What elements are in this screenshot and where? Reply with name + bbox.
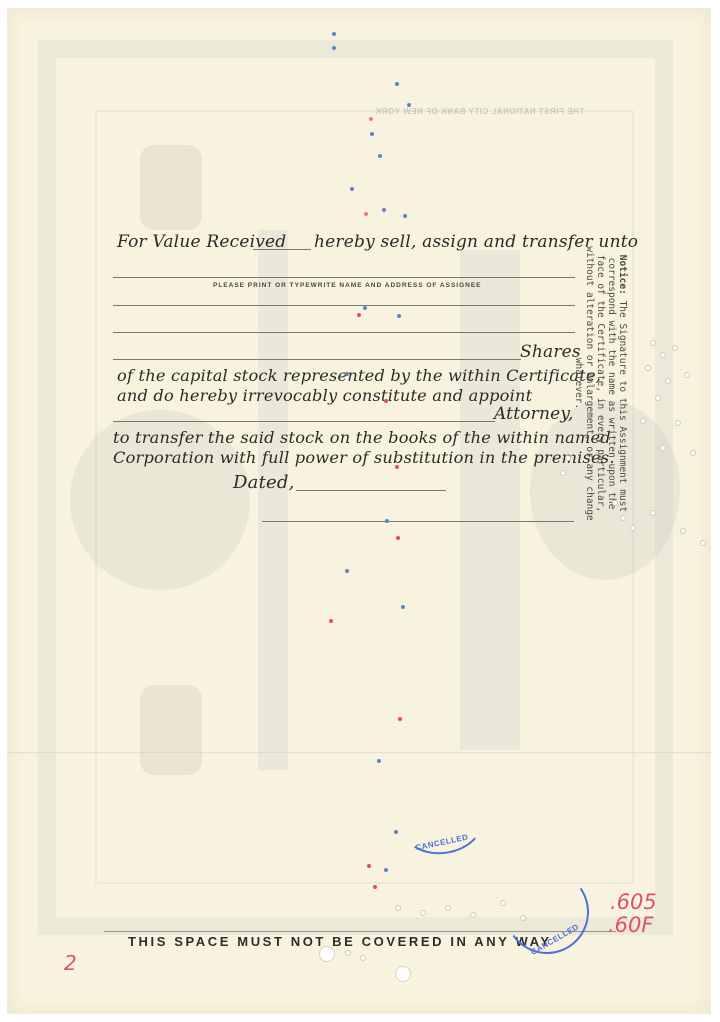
fiber-dot (345, 569, 349, 573)
perforation (640, 418, 646, 424)
punch-hole-1 (319, 946, 335, 962)
capital-stock-text: of the capital stock represented by the … (117, 366, 601, 385)
fiber-dot (364, 212, 368, 216)
assignee-caption: PLEASE PRINT OR TYPEWRITE NAME AND ADDRE… (213, 282, 482, 289)
perforation (684, 372, 690, 378)
fiber-dot (403, 214, 407, 218)
fiber-dot (396, 536, 400, 540)
paper-fold-crease (7, 752, 711, 754)
perforation (650, 510, 656, 516)
perforation (655, 395, 661, 401)
pencil-note-line-2: .60F (608, 914, 653, 936)
attorney-label: Attorney, (494, 404, 574, 424)
perforation (700, 540, 706, 546)
perforation (672, 345, 678, 351)
fiber-dot (398, 717, 402, 721)
perforation (650, 340, 656, 346)
perforation (560, 470, 566, 476)
pencil-note-line-1: .605 (610, 891, 657, 913)
fiber-dot (377, 759, 381, 763)
transfer-text: to transfer the said stock on the books … (113, 428, 611, 447)
fiber-dot (385, 519, 389, 523)
bleed-through-title-band (258, 230, 288, 770)
substitution-text: Corporation with full power of substitut… (113, 448, 615, 467)
fiber-dot (395, 465, 399, 469)
fiber-dot (384, 399, 388, 403)
fiber-dot (369, 117, 373, 121)
perforation (445, 905, 451, 911)
bleed-through-bank-name: THE FIRST NATIONAL CITY BANK OF NEW YORK (375, 107, 584, 116)
fiber-dot (378, 154, 382, 158)
fiber-dot (370, 132, 374, 136)
fiber-dot (329, 619, 333, 623)
pencil-left-mark: 2 (64, 952, 77, 974)
value-blank-line[interactable] (253, 249, 311, 250)
perforation (565, 455, 571, 461)
signature-notice: Notice: The Signature to this Assignment… (573, 246, 628, 521)
perforation (645, 365, 651, 371)
do-not-cover-warning: THIS SPACE MUST NOT BE COVERED IN ANY WA… (128, 934, 552, 949)
fiber-dot (332, 32, 336, 36)
perforation (470, 912, 476, 918)
assignee-line-2[interactable] (113, 305, 575, 306)
fiber-dot (373, 885, 377, 889)
perforation (675, 420, 681, 426)
perforation (395, 905, 401, 911)
perforation (660, 352, 666, 358)
perforation (660, 445, 666, 451)
bleed-through-plate-bottom (140, 685, 202, 775)
perforation (420, 910, 426, 916)
fiber-dot (357, 313, 361, 317)
fiber-dot (397, 314, 401, 318)
shares-blank-line[interactable] (113, 359, 521, 360)
dated-label: Dated, (233, 472, 295, 493)
fiber-dot (332, 46, 336, 50)
assignee-line-1[interactable] (113, 277, 575, 278)
appoint-text: and do hereby irrevocably constitute and… (117, 386, 532, 405)
fiber-dot (363, 306, 367, 310)
perforation (690, 450, 696, 456)
fiber-dot (382, 208, 386, 212)
bleed-through-plate-top (140, 145, 202, 230)
fiber-dot (345, 372, 349, 376)
perforation (665, 378, 671, 384)
fiber-dot (394, 830, 398, 834)
fiber-dot (401, 605, 405, 609)
perforation (345, 950, 351, 956)
perforation (360, 955, 366, 961)
assignee-line-3[interactable] (113, 332, 575, 333)
fiber-dot (407, 103, 411, 107)
fiber-dot (350, 187, 354, 191)
date-blank-line[interactable] (296, 490, 446, 491)
bleed-through-company-band (460, 250, 520, 750)
perforation (620, 515, 626, 521)
punch-hole-2 (395, 966, 411, 982)
attorney-blank-line[interactable] (113, 421, 495, 422)
fiber-dot (384, 868, 388, 872)
perforation (630, 525, 636, 531)
shares-label: Shares (520, 342, 581, 362)
fiber-dot (367, 864, 371, 868)
fiber-dot (395, 82, 399, 86)
perforation (612, 500, 618, 506)
notice-lead: Notice: (617, 255, 628, 295)
signature-line[interactable] (262, 521, 574, 522)
perforation (680, 528, 686, 534)
